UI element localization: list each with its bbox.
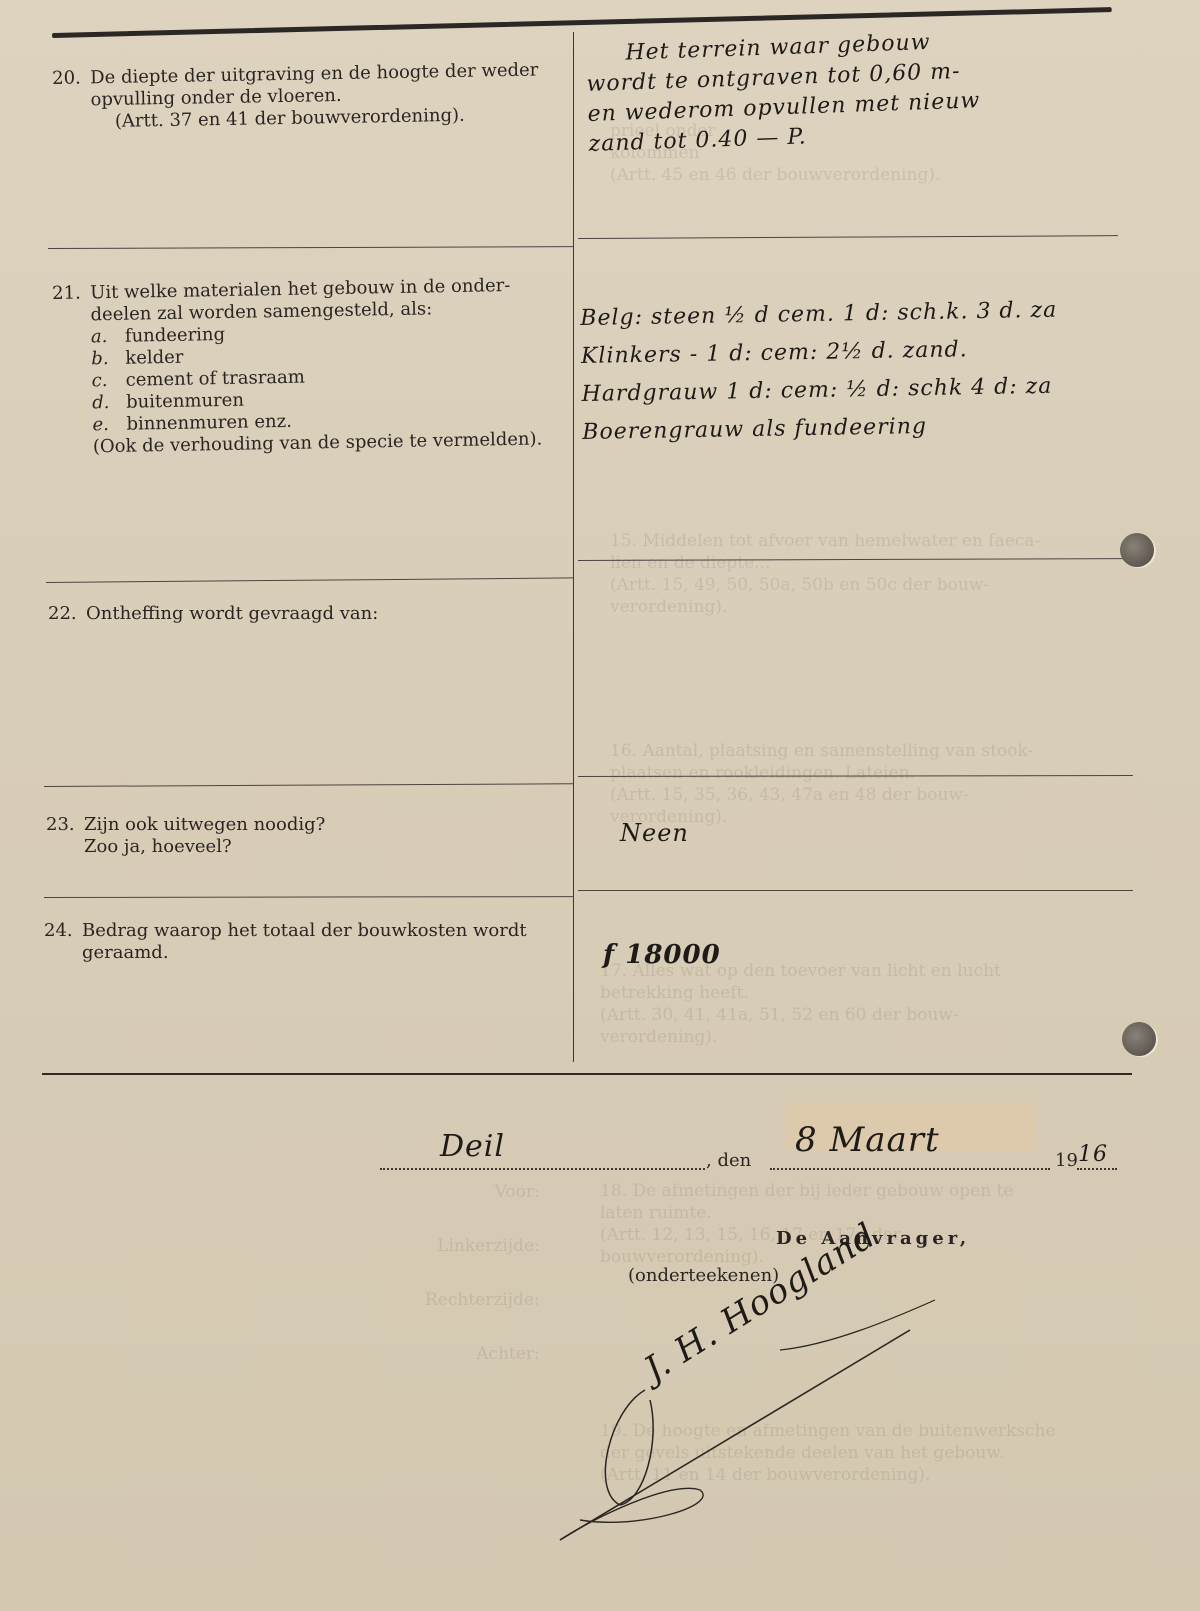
place-value: Deil — [440, 1132, 505, 1162]
answer-23: Neen — [620, 818, 689, 848]
place-line — [380, 1168, 705, 1170]
date-value: 8 Maart — [795, 1125, 940, 1155]
bleed-through-text: 15. Middelen tot afvoer van hemelwater e… — [610, 530, 1040, 618]
question-21: 21.Uit welke materialen het gebouw in de… — [52, 274, 575, 459]
row-divider — [48, 246, 573, 249]
document-page: prieel onder kolommen (Artt. 45 en 46 de… — [0, 0, 1200, 1611]
answer-21: Belg: steen ½ d cem. 1 d: sch.k. 3 d. za… — [580, 292, 1060, 452]
answer-20: Het terrein waar gebouw wordt te ontgrav… — [585, 26, 982, 160]
question-20: 20.De diepte der uitgraving en de hoogte… — [52, 59, 573, 134]
signature-flourish — [550, 1290, 970, 1550]
bottom-rule — [42, 1073, 1132, 1075]
row-divider — [578, 890, 1133, 891]
question-number: 20. — [52, 67, 90, 90]
year-suffix: 16 — [1078, 1140, 1108, 1170]
date-line — [770, 1168, 1050, 1170]
question-23: 23.Zijn ook uitwegen noodig? Zoo ja, hoe… — [46, 814, 325, 858]
column-divider — [573, 32, 574, 1062]
row-divider — [44, 783, 573, 787]
row-divider — [44, 896, 573, 898]
year-prefix: 19 — [1055, 1150, 1078, 1171]
punch-hole — [1120, 533, 1154, 567]
punch-hole — [1122, 1022, 1156, 1056]
row-divider — [46, 577, 573, 583]
answer-24: f 18000 — [603, 940, 721, 970]
question-22: 22.Ontheffing wordt gevraagd van: — [48, 603, 378, 625]
bleed-through-text: 16. Aantal, plaatsing en samenstelling v… — [610, 740, 1033, 828]
bleed-through-labels: Voor: Linkerzijde: Rechterzijde: Achter: — [425, 1165, 540, 1381]
bleed-through-text: 17. Alles wat op den toevoer van licht e… — [600, 960, 1001, 1048]
question-24: 24.Bedrag waarop het totaal der bouwkost… — [44, 920, 527, 964]
row-divider — [578, 235, 1118, 239]
den-label: , den — [706, 1150, 751, 1171]
